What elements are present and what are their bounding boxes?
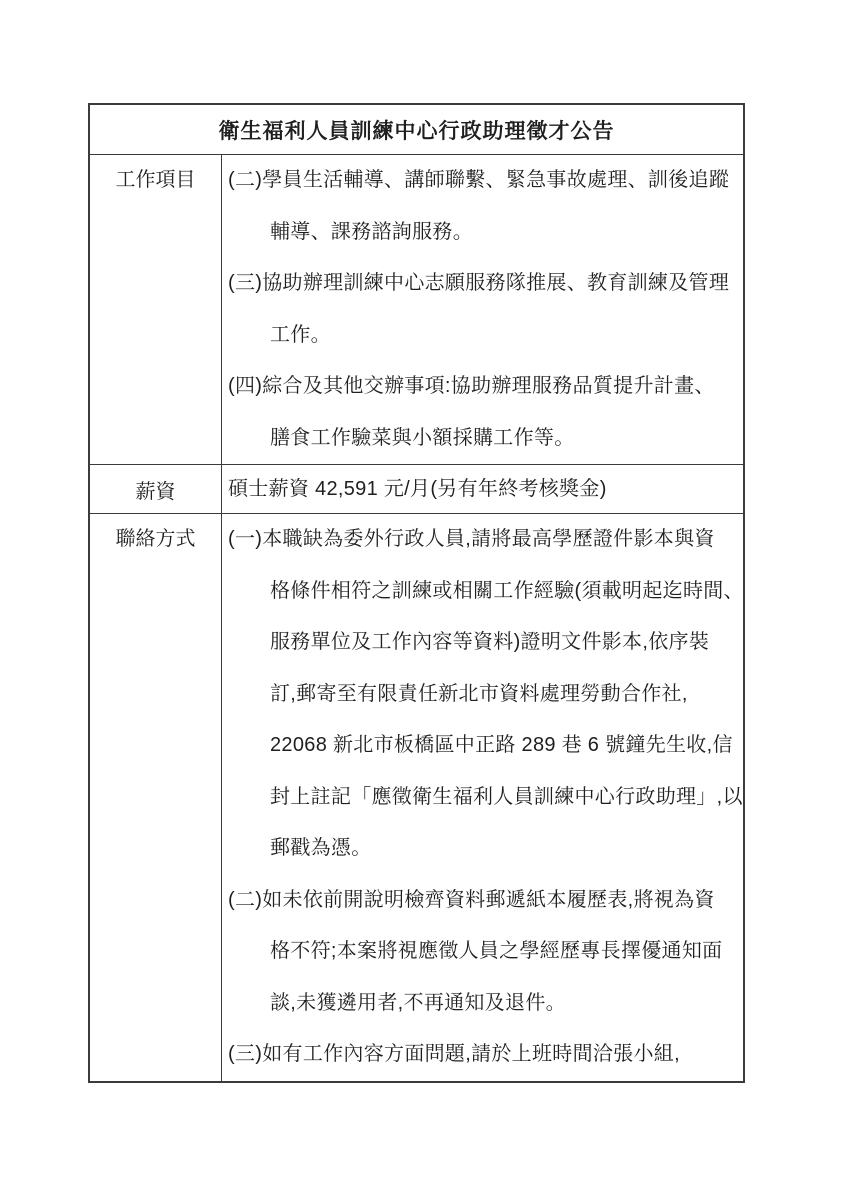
- work-line: (二)學員生活輔導、講師聯繫、緊急事故處理、訓後追蹤: [228, 155, 737, 207]
- title-row: 衛生福利人員訓練中心行政助理徵才公告: [90, 105, 743, 154]
- work-items-label: 工作項目: [90, 155, 222, 464]
- contact-content: (一)本職缺為委外行政人員,請將最高學歷證件影本與資 格條件相符之訓練或相關工作…: [222, 514, 743, 1081]
- work-line: (四)綜合及其他交辦事項:協助辦理服務品質提升計畫、: [228, 361, 737, 413]
- work-line: 工作。: [228, 310, 737, 362]
- contact-row: 聯絡方式 (一)本職缺為委外行政人員,請將最高學歷證件影本與資 格條件相符之訓練…: [90, 513, 743, 1081]
- work-line: (三)協助辦理訓練中心志願服務隊推展、教育訓練及管理: [228, 258, 737, 310]
- work-items-content: (二)學員生活輔導、講師聯繫、緊急事故處理、訓後追蹤 輔導、課務諮詢服務。 (三…: [222, 155, 743, 464]
- document-page: 衛生福利人員訓練中心行政助理徵才公告 工作項目 (二)學員生活輔導、講師聯繫、緊…: [0, 0, 849, 1200]
- contact-line: 格條件相符之訓練或相關工作經驗(須載明起迄時間、: [228, 566, 737, 618]
- salary-value: 碩士薪資 42,591 元/月(另有年終考核獎金): [228, 465, 737, 513]
- contact-line: 格不符;本案將視應徵人員之學經歷專長擇優通知面: [228, 926, 737, 978]
- contact-line: (三)如有工作內容方面問題,請於上班時間洽張小組,: [228, 1029, 737, 1081]
- contact-line: 談,未獲遴用者,不再通知及退件。: [228, 978, 737, 1030]
- contact-line: 22068 新北市板橋區中正路 289 巷 6 號鐘先生收,信: [228, 720, 737, 772]
- work-line: 輔導、課務諮詢服務。: [228, 207, 737, 259]
- contact-line: 訂,郵寄至有限責任新北市資料處理勞動合作社,: [228, 669, 737, 721]
- announcement-table: 衛生福利人員訓練中心行政助理徵才公告 工作項目 (二)學員生活輔導、講師聯繫、緊…: [88, 103, 745, 1083]
- contact-line: 服務單位及工作內容等資料)證明文件影本,依序裝: [228, 617, 737, 669]
- salary-content: 碩士薪資 42,591 元/月(另有年終考核獎金): [222, 465, 743, 513]
- work-line: 膳食工作驗菜與小額採購工作等。: [228, 413, 737, 465]
- contact-label: 聯絡方式: [90, 514, 222, 1081]
- work-items-row: 工作項目 (二)學員生活輔導、講師聯繫、緊急事故處理、訓後追蹤 輔導、課務諮詢服…: [90, 154, 743, 464]
- contact-line: 封上註記「應徵衛生福利人員訓練中心行政助理」,以: [228, 772, 737, 824]
- contact-line: 郵戳為憑。: [228, 823, 737, 875]
- contact-line: (二)如未依前開說明檢齊資料郵遞紙本履歷表,將視為資: [228, 875, 737, 927]
- salary-row: 薪資 碩士薪資 42,591 元/月(另有年終考核獎金): [90, 464, 743, 513]
- page-title: 衛生福利人員訓練中心行政助理徵才公告: [219, 115, 615, 145]
- salary-label: 薪資: [90, 465, 222, 513]
- contact-line: (一)本職缺為委外行政人員,請將最高學歷證件影本與資: [228, 514, 737, 566]
